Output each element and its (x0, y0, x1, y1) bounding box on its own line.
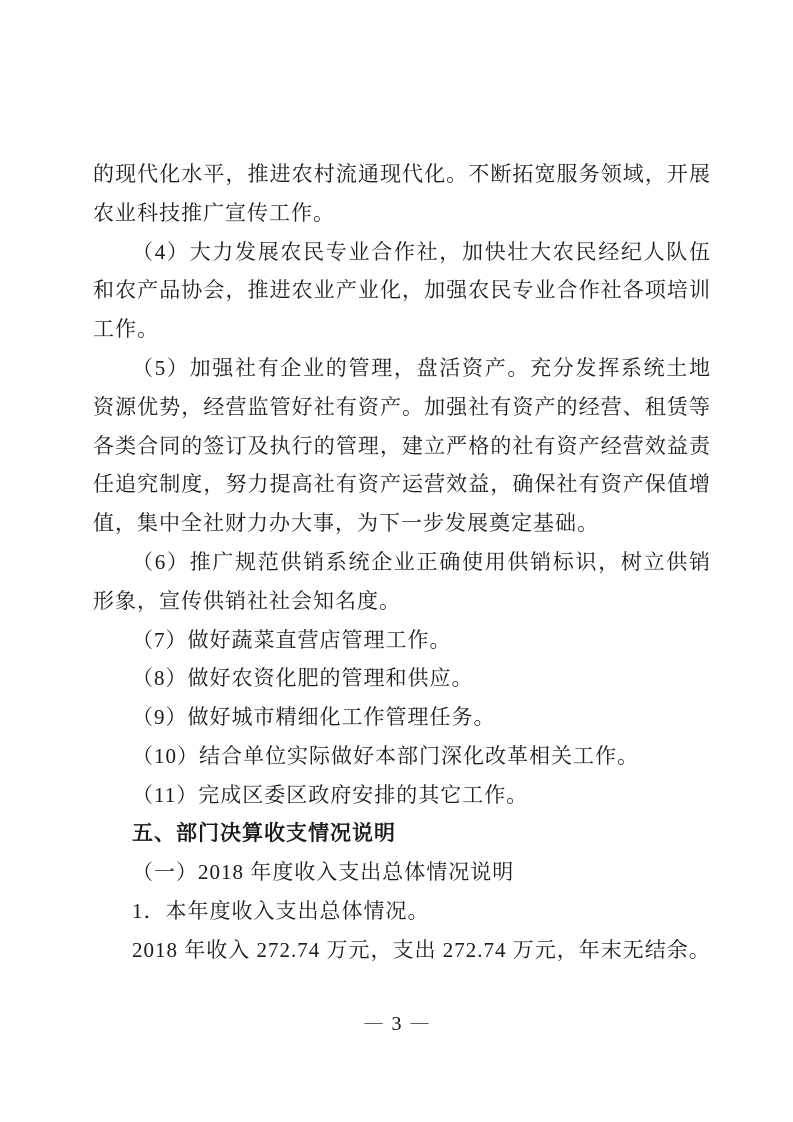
subsection-heading-1: （一）2018 年度收入支出总体情况说明 (93, 853, 711, 892)
page-number: 3 (392, 1013, 402, 1035)
para-item-5: （5）加强社有企业的管理，盘活资产。充分发挥系统土地资源优势，经营监管好社有资产… (93, 349, 711, 543)
para-continuation: 的现代化水平，推进农村流通现代化。不断拓宽服务领域，开展农业科技推广宣传工作。 (93, 155, 711, 233)
para-summary-2018: 2018 年收入 272.74 万元，支出 272.74 万元，年末无结余。 (93, 931, 711, 970)
para-item-4: （4）大力发展农民专业合作社，加快壮大农民经纪人队伍和农产品协会，推进农业产业化… (93, 233, 711, 349)
para-point-1: 1．本年度收入支出总体情况。 (93, 892, 711, 931)
footer-dash-left: — (365, 1012, 383, 1032)
para-item-9: （9）做好城市精细化工作管理任务。 (93, 698, 711, 737)
document-body: 的现代化水平，推进农村流通现代化。不断拓宽服务领域，开展农业科技推广宣传工作。 … (93, 155, 711, 970)
para-item-11: （11）完成区委区政府安排的其它工作。 (93, 776, 711, 815)
footer-dash-right: — (411, 1012, 429, 1032)
section-heading-5: 五、部门决算收支情况说明 (93, 815, 711, 854)
para-item-8: （8）做好农资化肥的管理和供应。 (93, 659, 711, 698)
para-item-7: （7）做好蔬菜直营店管理工作。 (93, 621, 711, 660)
para-item-10: （10）结合单位实际做好本部门深化改革相关工作。 (93, 737, 711, 776)
para-item-6: （6）推广规范供销系统企业正确使用供销标识，树立供销形象，宣传供销社社会知名度。 (93, 543, 711, 621)
page-footer: —3— (0, 1012, 793, 1036)
document-page: 的现代化水平，推进农村流通现代化。不断拓宽服务领域，开展农业科技推广宣传工作。 … (0, 0, 793, 1122)
